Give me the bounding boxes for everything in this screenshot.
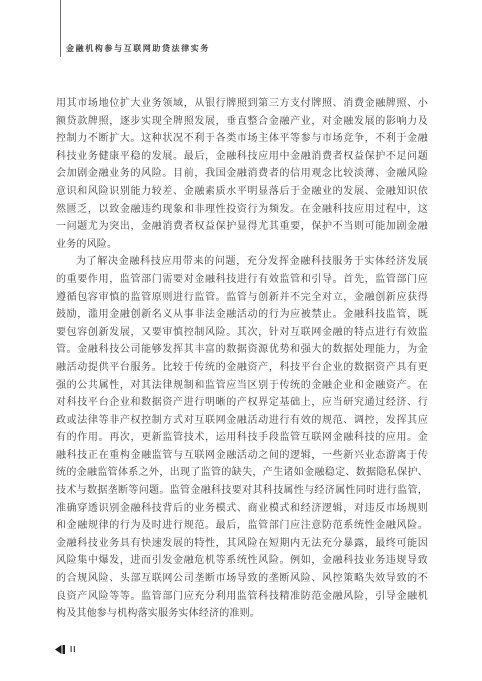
text-line: 政或法律等非产权控制方式对互联网金融活动进行有效的规范、调控，发挥其应 <box>56 412 428 430</box>
text-line: 会加剧金融业务的风险。目前，我国金融消费者的信用观念比较淡薄、金融风险 <box>56 165 428 183</box>
text-line: 技术与数据垄断等问题。监管金融科技要对其科技属性与经济属性同时进行监管， <box>56 482 428 500</box>
text-line: 业务的风险。 <box>56 236 428 254</box>
text-line: 的合规风险、头部互联网公司垄断市场导致的垄断风险、风控策略失效导致的不 <box>56 570 428 588</box>
text-line: 良资产风险等等。监管部门应充分利用监管科技精准防范金融风险，引导金融机 <box>56 588 428 606</box>
text-line: 然匮乏，以致金融违约现象和非理性投资行为频发。在金融科技应用过程中，这 <box>56 201 428 219</box>
page-number: II <box>70 645 76 654</box>
body-paragraph-2: 为了解决金融科技应用带来的问题，充分发挥金融科技服务于实体经济发展的重要作用，监… <box>56 253 428 622</box>
text-line: 鼓励，滥用金融创新名义从事非法金融活动的行为应被禁止。金融科技监管，既 <box>56 306 428 324</box>
text-line: 对科技平台企业和数据资产进行明晰的产权界定基础上，应当研究通过经济、行 <box>56 394 428 412</box>
page-body: 用其市场地位扩大业务领域，从银行牌照到第三方支付牌照、消费金融牌照、小额贷款牌照… <box>56 95 428 623</box>
text-line: 遵循包容审慎的监管原则进行监管。监管与创新并不完全对立，金融创新应获得 <box>56 289 428 307</box>
text-line: 风险集中爆发，进而引发金融危机等系统性风险。例如，金融科技业务违规导致 <box>56 552 428 570</box>
text-line: 和金融规律的行为及时进行规范。最后，监管部门应注意防范系统性金融风险。 <box>56 517 428 535</box>
text-line: 金融科技业务具有快速发展的特性，其风险在短期内无法充分暴露，最终可能因 <box>56 535 428 553</box>
text-line: 科技业务健康平稳的发展。最后，金融科技应用中金融消费者权益保护不足问题 <box>56 148 428 166</box>
text-line: 融科技正在重构金融监管与互联网金融活动之间的逻辑，一些新兴业态游离于传 <box>56 447 428 465</box>
running-header-title: 金融机构参与互联网助贷法律实务 <box>66 43 210 54</box>
text-line: 额贷款牌照，逐步实现全牌照发展，垂直整合金融产业，对金融发展的影响力及 <box>56 113 428 131</box>
text-line: 有的作用。再次，更新监管技术，运用科技手段监管互联网金融科技的应用。金 <box>56 429 428 447</box>
text-line: 强的公共属性，对其法律规制和监管应当区别于传统的金融企业和金融资产。在 <box>56 377 428 395</box>
body-paragraph-1: 用其市场地位扩大业务领域，从银行牌照到第三方支付牌照、消费金融牌照、小额贷款牌照… <box>56 95 428 253</box>
text-line: 用其市场地位扩大业务领域，从银行牌照到第三方支付牌照、消费金融牌照、小 <box>56 95 428 113</box>
text-line: 准确穿透识别金融科技背后的业务模式、商业模式和经济逻辑，对违反市场规则 <box>56 500 428 518</box>
text-line: 的重要作用，监管部门需要对金融科技进行有效监管和引导。首先，监管部门应 <box>56 271 428 289</box>
book-page: 金融机构参与互联网助贷法律实务 用其市场地位扩大业务领域，从银行牌照到第三方支付… <box>0 0 482 681</box>
text-line: 要包容创新发展，又要审慎控制风险。其次，针对互联网金融的特点进行有效监 <box>56 324 428 342</box>
text-line: 为了解决金融科技应用带来的问题，充分发挥金融科技服务于实体经济发展 <box>56 253 428 271</box>
text-line: 意识和风险识别能力较差、金融素质水平明显落后于金融业的发展、金融知识依 <box>56 183 428 201</box>
text-line: 控制力不断扩大。这种状况不利于各类市场主体平等参与市场竞争，不利于金融 <box>56 130 428 148</box>
header-rule <box>60 0 61 57</box>
rewind-icon <box>55 645 66 654</box>
text-line: 管。金融科技公司能够发挥其丰富的数据资源优势和强大的数据处理能力，为金 <box>56 341 428 359</box>
text-line: 统的金融监管体系之外，出现了监管的缺失，产生诸如金融稳定、数据隐私保护、 <box>56 464 428 482</box>
text-line: 构及其他参与机构落实服务实体经济的准则。 <box>56 605 428 623</box>
page-footer: II <box>55 644 76 655</box>
text-line: 一问题尤为突出，金融消费者权益保护显得尤其重要，保护不当则可能加剧金融 <box>56 218 428 236</box>
text-line: 融活动提供平台服务。比较于传统的金融资产，科技平台企业的数据资产具有更 <box>56 359 428 377</box>
